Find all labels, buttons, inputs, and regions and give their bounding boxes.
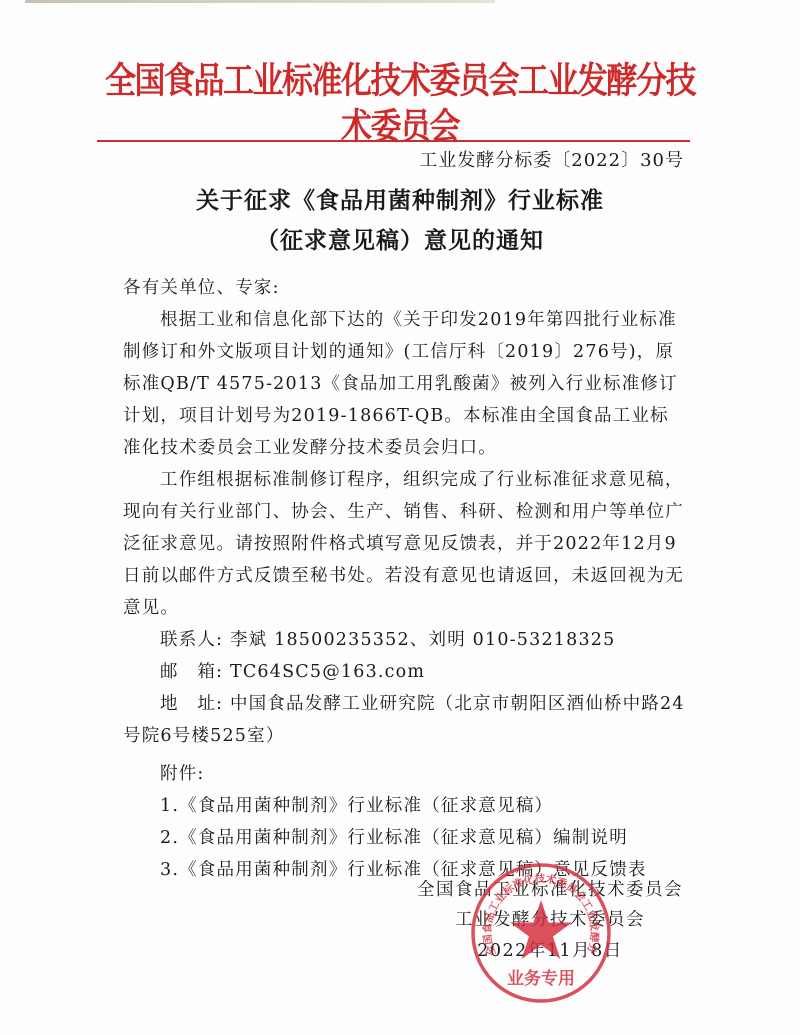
attachment-item-2: 2.《食品用菌种制剂》行业标准（征求意见稿）编制说明 <box>123 822 685 854</box>
org-heading: 全国食品工业标准化技术委员会工业发酵分技术委员会 <box>100 58 700 150</box>
contact-line: 联系人: 李斌 18500235352、刘明 010-53218325 <box>123 624 685 656</box>
signature-org-line2: 工业发酵分技术委员会 <box>380 906 720 934</box>
red-divider <box>97 140 690 142</box>
email-line: 邮 箱: TC64SC5@163.com <box>123 656 685 688</box>
attachments-label: 附件: <box>123 758 685 790</box>
address-line: 地 址: 中国食品发酵工业研究院（北京市朝阳区酒仙桥中路24号院6号楼525室） <box>123 688 685 752</box>
document-title-line2: （征求意见稿）意见的通知 <box>100 226 700 256</box>
salutation: 各有关单位、专家: <box>123 272 685 304</box>
paragraph-1: 根据工业和信息化部下达的《关于印发2019年第四批行业标准制修订和外文版项目计划… <box>123 304 685 464</box>
signature-date: 2022年11月8日 <box>380 937 720 965</box>
seal-center-text: 业务专用 <box>507 968 575 989</box>
document-title-line1: 关于征求《食品用菌种制剂》行业标准 <box>100 186 700 216</box>
attachment-item-1: 1.《食品用菌种制剂》行业标准（征求意见稿） <box>123 790 685 822</box>
signature-org-line1: 全国食品工业标准化技术委员会 <box>380 876 720 904</box>
paragraph-2: 工作组根据标准制修订程序，组织完成了行业标准征求意见稿，现向有关行业部门、协会、… <box>123 464 685 624</box>
document-body: 各有关单位、专家: 根据工业和信息化部下达的《关于印发2019年第四批行业标准制… <box>123 272 685 886</box>
scan-edge <box>25 0 495 3</box>
document-number: 工业发酵分标委〔2022〕30号 <box>419 148 684 174</box>
